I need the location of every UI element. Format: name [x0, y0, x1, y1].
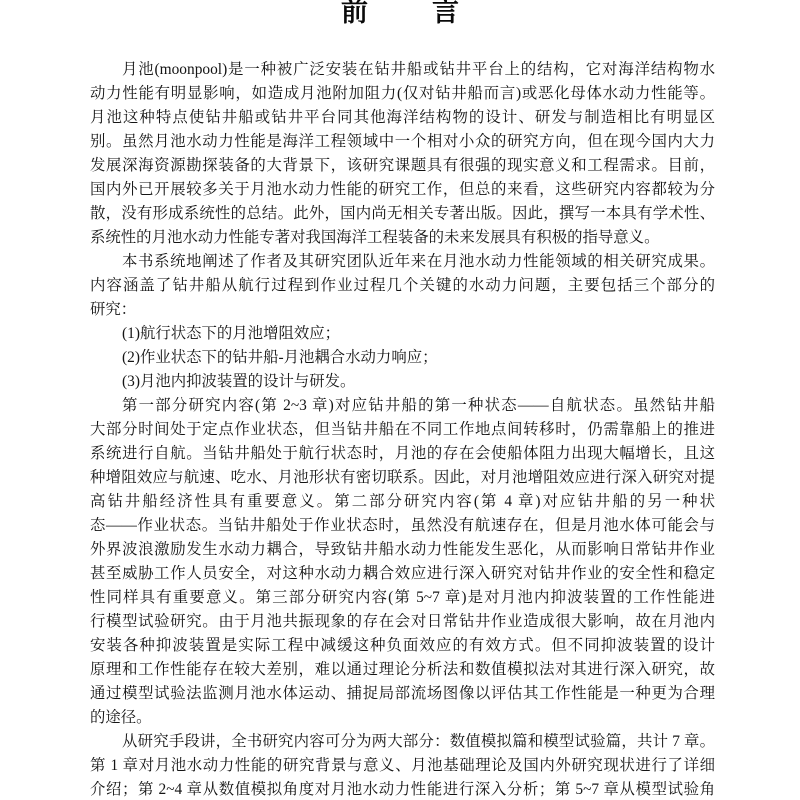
book-preface-page: 前 言 月池(moonpool)是一种被广泛安装在钻井船或钻井平台上的结构，它对… [0, 0, 800, 800]
text-line: 种增阻效应与航速、吃水、月池形状有密切联系。因此，对月池增阻效应进行深入研究对提 [90, 466, 715, 490]
text-line: 第 1 章对月池水动力性能的研究背景与意义、月池基础理论及国内外研究现状进行了详… [90, 754, 715, 778]
text-line: 系统进行自航。当钻井船处于航行状态时，月池的存在会使船体阻力出现大幅增长，且这 [90, 442, 715, 466]
text-line: 内容涵盖了钻井船从航行过程到作业过程几个关键的水动力问题，主要包括三个部分的 [90, 274, 715, 298]
page-title-char-1: 前 [341, 0, 368, 28]
text-line: 别。虽然月池水动力性能是海洋工程领域中一个相对小众的研究方向，但在现今国内大力 [90, 130, 715, 154]
text-line: 态——作业状态。当钻井船处于作业状态时，虽然没有航速存在，但是月池水体可能会与 [90, 514, 715, 538]
text-line: (3)月池内抑波装置的设计与研发。 [90, 370, 715, 394]
text-line: (2)作业状态下的钻井船-月池耦合水动力响应； [90, 346, 715, 370]
text-line: 散，没有形成系统性的总结。此外，国内尚无相关专著出版。因此，撰写一本具有学术性、 [90, 202, 715, 226]
text-line: 行模型试验研究。由于月池共振现象的存在会对日常钻井作业造成很大影响，故在月池内 [90, 610, 715, 634]
text-line: (1)航行状态下的月池增阻效应； [90, 322, 715, 346]
text-line: 本书系统地阐述了作者及其研究团队近年来在月池水动力性能领域的相关研究成果。 [90, 250, 715, 274]
text-line: 的途径。 [90, 706, 715, 730]
text-line: 原理和工作性能存在较大差别，难以通过理论分析法和数值模拟法对其进行深入研究，故 [90, 658, 715, 682]
preface-body: 月池(moonpool)是一种被广泛安装在钻井船或钻井平台上的结构，它对海洋结构… [90, 58, 715, 800]
text-line: 月池这种特点使钻井船或钻井平台同其他海洋结构物的设计、研发与制造相比有明显区 [90, 106, 715, 130]
text-line: 通过模型试验法监测月池水体运动、捕捉局部流场图像以评估其工作性能是一种更为合理 [90, 682, 715, 706]
text-line: 月池(moonpool)是一种被广泛安装在钻井船或钻井平台上的结构，它对海洋结构… [90, 58, 715, 82]
text-line: 从研究手段讲，全书研究内容可分为两大部分：数值模拟篇和模型试验篇，共计 7 章。 [90, 730, 715, 754]
text-line: 甚至威胁工作人员安全，对这种水动力耦合效应进行深入研究对钻井作业的安全性和稳定 [90, 562, 715, 586]
page-title: 前 言 [0, 0, 800, 28]
text-line: 性同样具有重要意义。第三部分研究内容(第 5~7 章)是对月池内抑波装置的工作性… [90, 586, 715, 610]
text-line: 研究： [90, 298, 715, 322]
text-line: 动力性能有明显影响，如造成月池附加阻力(仅对钻井船而言)或恶化母体水动力性能等。 [90, 82, 715, 106]
text-line: 系统性的月池水动力性能专著对我国海洋工程装备的未来发展具有积极的指导意义。 [90, 226, 715, 250]
text-line: 安装各种抑波装置是实际工程中减缓这种负面效应的有效方式。但不同抑波装置的设计 [90, 634, 715, 658]
text-line: 大部分时间处于定点作业状态，但当钻井船在不同工作地点间转移时，仍需靠船上的推进 [90, 418, 715, 442]
text-line: 介绍；第 2~4 章从数值模拟角度对月池水动力性能进行深入分析；第 5~7 章从… [90, 778, 715, 800]
text-line: 第一部分研究内容(第 2~3 章)对应钻井船的第一种状态——自航状态。虽然钻井船 [90, 394, 715, 418]
text-line: 外界波浪激励发生水动力耦合，导致钻井船水动力性能发生恶化，从而影响日常钻井作业 [90, 538, 715, 562]
text-line: 发展深海资源勘探装备的大背景下，该研究课题具有很强的现实意义和工程需求。目前， [90, 154, 715, 178]
text-line: 国内外已开展较多关于月池水动力性能的研究工作，但总的来看，这些研究内容都较为分 [90, 178, 715, 202]
page-title-char-2: 言 [432, 0, 459, 28]
text-line: 高钻井船经济性具有重要意义。第二部分研究内容(第 4 章)对应钻井船的另一种状 [90, 490, 715, 514]
